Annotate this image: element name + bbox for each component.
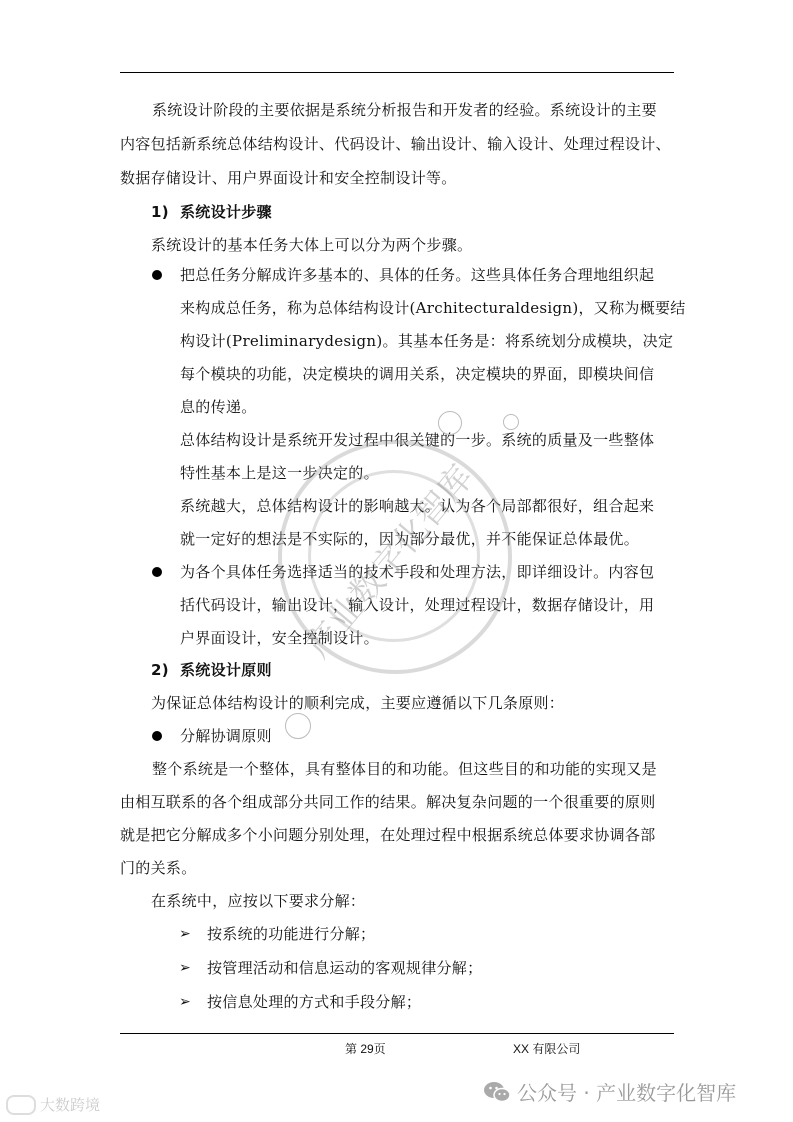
section2-para-line-3: 就是把它分解成多个小问题分别处理，在处理过程中根据系统总体要求协调各部 [120,825,656,845]
watermark-circle-small [285,713,311,739]
section2-para-line-1: 整个系统是一个整体，具有整体目的和功能。但这些目的和功能的实现又是 [152,759,657,779]
watermark-circle-small [438,411,462,435]
bullet1-line-3: 构设计(Preliminarydesign)。其基本任务是：将系统划分成模块，决… [180,331,673,351]
arrow-bullet-icon: ➢ [179,924,191,944]
header-rule [120,72,674,73]
brand-logo-icon [6,1095,36,1115]
section2-intro: 为保证总体结构设计的顺利完成，主要应遵循以下几条原则： [151,693,564,713]
wechat-icon [483,1080,511,1104]
section2-bullet: 分解协调原则 [180,726,272,746]
section2-para-line-4: 门的关系。 [120,858,197,878]
footer-rule [120,1033,674,1034]
bullet-icon [152,270,162,280]
intro-line-3: 数据存储设计、用户界面设计和安全控制设计等。 [120,168,457,188]
bullet1-line-1: 把总任务分解成许多基本的、具体的任务。这些具体任务合理地组织起 [180,265,654,285]
bullet1-line-5: 息的传递。 [180,397,257,417]
section1-title: 系统设计步骤 [180,202,272,222]
wechat-text: 公众号 · 产业数字化智库 [517,1077,736,1106]
watermark-stamp: 产业数字化智库 [278,440,508,670]
brand-text: 大数跨境 [40,1094,100,1115]
section2-para-line-2: 由相互联系的各个组成部分共同工作的结果。解决复杂问题的一个很重要的原则 [120,792,656,812]
corner-brand: 大数跨境 [6,1094,100,1115]
bullet-icon [152,567,162,577]
section1-intro: 系统设计的基本任务大体上可以分为两个步骤。 [151,235,472,255]
company-name: XX 有限公司 [513,1041,580,1057]
arrow-item-1: 按系统的功能进行分解； [207,924,375,944]
arrow-item-2: 按管理活动和信息运动的客观规律分解； [207,958,482,978]
decompose-intro: 在系统中，应按以下要求分解： [151,891,365,911]
section1-number: 1) [151,202,169,222]
watermark-circle-small [503,414,519,430]
bullet1-line-2: 来构成总任务，称为总体结构设计(Architecturaldesign)，又称为… [180,298,686,318]
section2-title: 系统设计原则 [180,660,272,680]
intro-line-2: 内容包括新系统总体结构设计、代码设计、输出设计、输入设计、处理过程设计、 [120,134,671,154]
bullet-icon [152,731,162,741]
wechat-watermark: 公众号 · 产业数字化智库 [483,1077,736,1106]
arrow-bullet-icon: ➢ [179,958,191,978]
section2-number: 2) [151,660,169,680]
arrow-item-3: 按信息处理的方式和手段分解； [207,992,421,1012]
intro-line-1: 系统设计阶段的主要依据是系统分析报告和开发者的经验。系统设计的主要 [152,100,657,120]
page-number: 第 29页 [345,1041,386,1057]
arrow-bullet-icon: ➢ [179,992,191,1012]
bullet1-line-4: 每个模块的功能，决定模块的调用关系，决定模块的界面，即模块间信 [180,364,654,384]
